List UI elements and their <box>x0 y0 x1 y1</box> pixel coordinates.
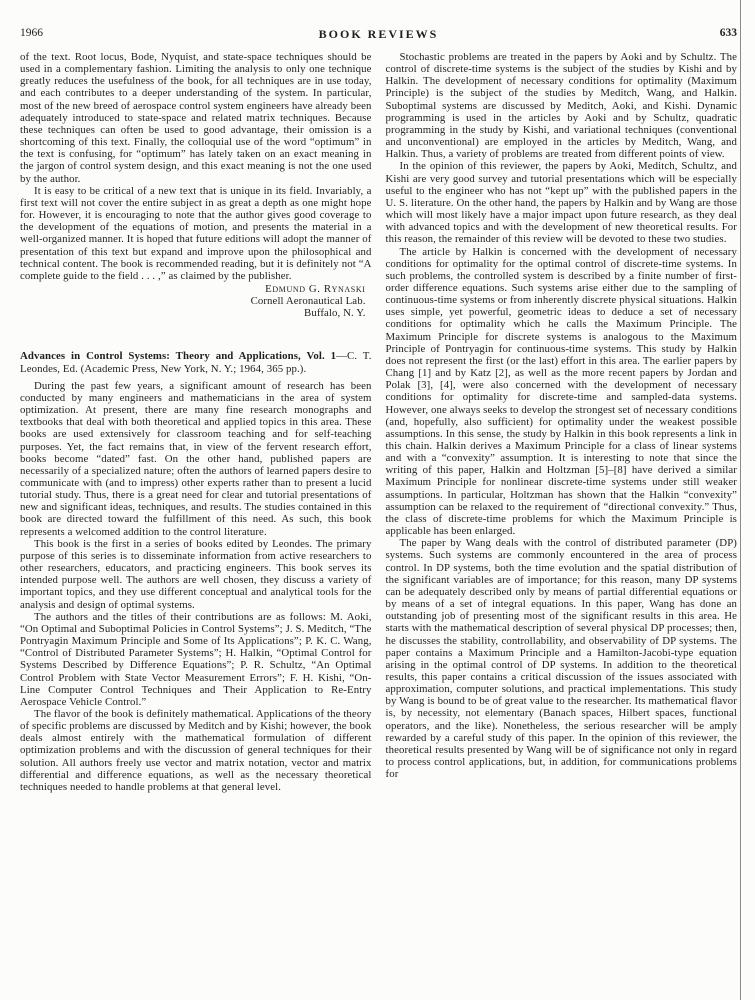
reviewer-location: Buffalo, N. Y. <box>20 307 366 319</box>
review-paragraph: During the past few years, a significant… <box>20 380 372 538</box>
review-paragraph: It is easy to be critical of a new text … <box>20 185 372 282</box>
book-title-heading: Advances in Control Systems: Theory and … <box>20 350 372 374</box>
two-column-body: of the text. Root locus, Bode, Nyquist, … <box>20 51 737 793</box>
page-edge-line <box>740 0 741 1000</box>
review-paragraph: This book is the first in a series of bo… <box>20 538 372 611</box>
journal-page: 1966 BOOK REVIEWS 633 of the text. Root … <box>0 0 755 1000</box>
book-title-bold: Advances in Control Systems: Theory and … <box>20 350 336 362</box>
review-paragraph: The article by Halkin is concerned with … <box>386 246 738 538</box>
review-paragraph: The flavor of the book is definitely mat… <box>20 708 372 793</box>
right-column: Stochastic problems are treated in the p… <box>386 51 738 793</box>
header-section-title: BOOK REVIEWS <box>20 27 737 42</box>
reviewer-name: Edmund G. Rynaski <box>20 283 366 295</box>
left-column: of the text. Root locus, Bode, Nyquist, … <box>20 51 372 793</box>
review-paragraph: The authors and the titles of their cont… <box>20 611 372 708</box>
review-paragraph: Stochastic problems are treated in the p… <box>386 51 738 160</box>
running-header: 1966 BOOK REVIEWS 633 <box>20 27 737 43</box>
reviewer-affiliation: Cornell Aeronautical Lab. <box>20 295 366 307</box>
header-page-number: 633 <box>720 27 737 39</box>
reviewer-signature: Edmund G. Rynaski Cornell Aeronautical L… <box>20 283 372 319</box>
review-paragraph: The paper by Wang deals with the control… <box>386 537 738 780</box>
review-paragraph: of the text. Root locus, Bode, Nyquist, … <box>20 51 372 185</box>
review-paragraph: In the opinion of this reviewer, the pap… <box>386 160 738 245</box>
